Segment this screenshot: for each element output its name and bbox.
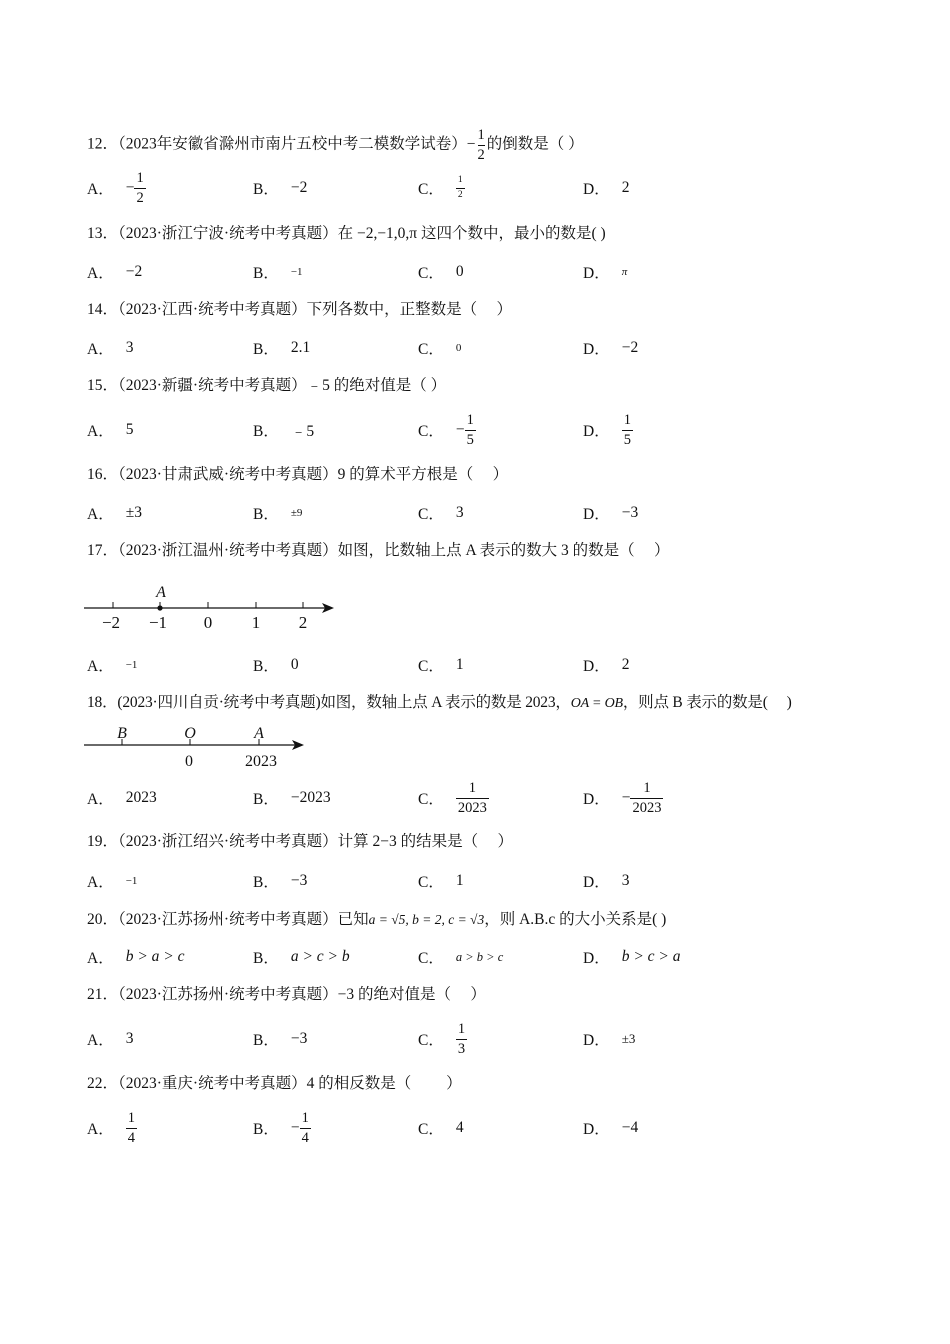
option-b[interactable]: B．±9 bbox=[253, 495, 302, 531]
option-value: −3 bbox=[622, 504, 639, 522]
option-label: B． bbox=[253, 502, 279, 524]
point-o-label: O bbox=[184, 725, 196, 742]
option-label: A． bbox=[87, 502, 114, 524]
option-label: C． bbox=[418, 261, 444, 283]
question-separator: ． bbox=[103, 136, 119, 153]
option-label: C． bbox=[418, 337, 444, 359]
question-19-stem: 19．（2023·浙江绍兴·统考中考真题）计算 2−3 的结果是（ ） bbox=[87, 832, 513, 852]
option-value: a > b > c bbox=[456, 950, 503, 965]
fraction-numerator: 1 bbox=[622, 413, 633, 430]
option-value: 1 bbox=[456, 656, 464, 674]
option-label: A． bbox=[87, 419, 114, 441]
option-value: −1 bbox=[291, 266, 303, 278]
option-label: A． bbox=[87, 1028, 114, 1050]
option-a[interactable]: A．−1 bbox=[87, 863, 137, 899]
option-value: −2023 bbox=[291, 789, 331, 807]
option-value: 0 bbox=[291, 656, 299, 674]
fraction-denominator: 2 bbox=[478, 145, 485, 163]
option-d[interactable]: D．b > c > a bbox=[583, 939, 681, 975]
option-a[interactable]: A．−1 bbox=[87, 647, 137, 683]
tick-label: 2 bbox=[299, 613, 308, 632]
question-18-stem: 18．(2023·四川自贡·统考中考真题)如图，数轴上点 A 表示的数是 202… bbox=[87, 693, 792, 714]
option-a[interactable]: A．±3 bbox=[87, 495, 142, 531]
stem-suffix: 的倒数是（ ） bbox=[487, 136, 584, 153]
option-b[interactable]: B．−3 bbox=[253, 1021, 307, 1057]
question-16-stem: 16．（2023·甘肃武威·统考中考真题）9 的算术平方根是（ ） bbox=[87, 465, 508, 485]
option-c[interactable]: C．3 bbox=[418, 495, 464, 531]
stem-neg: − bbox=[467, 136, 476, 153]
number-line-figure-17: A −2 −1 0 1 2 bbox=[84, 578, 344, 636]
stem-fraction: 12 bbox=[478, 128, 485, 162]
option-c[interactable]: C．0 bbox=[418, 254, 464, 290]
option-a[interactable]: A．14 bbox=[87, 1110, 137, 1146]
option-value: −1 bbox=[126, 659, 138, 671]
option-fraction: 12023 bbox=[630, 781, 663, 815]
question-17-stem: 17．（2023·浙江温州·统考中考真题）如图，比数轴上点 A 表示的数大 3 … bbox=[87, 541, 670, 561]
option-label: C． bbox=[418, 870, 444, 892]
option-value: −3 bbox=[291, 1030, 308, 1048]
tick-label: 1 bbox=[252, 613, 261, 632]
option-label: D． bbox=[583, 502, 610, 524]
option-value: b > a > c bbox=[126, 948, 185, 966]
question-12-stem: 12．（2023年安徽省滁州市南片五校中考二模数学试卷）−12的倒数是（ ） bbox=[87, 128, 584, 162]
option-b[interactable]: B．﹣5 bbox=[253, 412, 314, 448]
option-label: D． bbox=[583, 1117, 610, 1139]
fraction-denominator: 5 bbox=[622, 430, 633, 448]
option-fraction: 15 bbox=[622, 413, 633, 447]
option-d[interactable]: D．3 bbox=[583, 863, 629, 899]
option-label: B． bbox=[253, 419, 279, 441]
fraction-numerator: 1 bbox=[465, 413, 476, 430]
option-a[interactable]: A．2023 bbox=[87, 780, 157, 816]
question-12-options: A．−12 B．−2 C．12 D．2 bbox=[87, 170, 867, 206]
option-neg: − bbox=[622, 789, 631, 807]
question-20-options: A．b > a > c B．a > c > b C．a > b > c D．b … bbox=[87, 939, 867, 975]
question-19-options: A．−1 B．−3 C．1 D．3 bbox=[87, 863, 867, 899]
option-label: D． bbox=[583, 787, 610, 809]
option-a[interactable]: A．3 bbox=[87, 1021, 133, 1057]
option-label: B． bbox=[253, 1117, 279, 1139]
option-c[interactable]: C．4 bbox=[418, 1110, 464, 1146]
option-fraction: 12023 bbox=[456, 781, 489, 815]
option-a[interactable]: A．−12 bbox=[87, 170, 146, 206]
question-number: 12 bbox=[87, 136, 103, 153]
option-label: B． bbox=[253, 870, 279, 892]
option-value: π bbox=[622, 266, 628, 278]
option-label: A． bbox=[87, 870, 114, 892]
option-label: C． bbox=[418, 946, 444, 968]
option-value: −3 bbox=[291, 872, 308, 890]
option-c[interactable]: C．12023 bbox=[418, 780, 489, 816]
option-c[interactable]: C．0 bbox=[418, 330, 461, 366]
option-d[interactable]: D．2 bbox=[583, 170, 629, 206]
question-22-options: A．14 B．−14 C．4 D．−4 bbox=[87, 1110, 867, 1146]
option-d[interactable]: D．π bbox=[583, 254, 627, 290]
option-label: B． bbox=[253, 261, 279, 283]
option-b[interactable]: B．−2 bbox=[253, 170, 307, 206]
option-neg: − bbox=[291, 1119, 300, 1137]
fraction-numerator: 1 bbox=[456, 176, 465, 188]
number-line-figure-18: B O A 0 2023 bbox=[84, 722, 314, 774]
question-13-stem: 13．（2023·浙江宁波·统考中考真题）在 −2,−1,0,π 这四个数中，最… bbox=[87, 224, 606, 244]
option-label: C． bbox=[418, 177, 444, 199]
option-label: C． bbox=[418, 1028, 444, 1050]
option-c[interactable]: C．1 bbox=[418, 863, 464, 899]
question-22-stem: 22．（2023·重庆·统考中考真题）4 的相反数是（ ） bbox=[87, 1074, 462, 1094]
option-b[interactable]: B．2.1 bbox=[253, 330, 310, 366]
option-value: 3 bbox=[622, 872, 630, 890]
question-17-options: A．−1 B．0 C．1 D．2 bbox=[87, 647, 867, 683]
option-label: B． bbox=[253, 654, 279, 676]
fraction-denominator: 2 bbox=[456, 188, 465, 201]
question-20-stem: 20．（2023·江苏扬州·统考中考真题）已知a = √5, b = 2, c … bbox=[87, 910, 666, 930]
option-label: D． bbox=[583, 1028, 610, 1050]
option-value: 3 bbox=[456, 504, 464, 522]
option-label: D． bbox=[583, 261, 610, 283]
fraction-numerator: 1 bbox=[641, 781, 652, 798]
option-c[interactable]: C．13 bbox=[418, 1021, 467, 1057]
option-value: a > c > b bbox=[291, 948, 350, 966]
option-value: 1 bbox=[456, 872, 464, 890]
question-16-options: A．±3 B．±9 C．3 D．−3 bbox=[87, 495, 867, 531]
tick-label: 0 bbox=[204, 613, 213, 632]
option-label: D． bbox=[583, 946, 610, 968]
tick-label: −1 bbox=[149, 613, 167, 632]
fraction-numerator: 1 bbox=[300, 1111, 311, 1128]
option-value: b > c > a bbox=[622, 948, 681, 966]
option-fraction: 13 bbox=[456, 1022, 467, 1056]
option-label: B． bbox=[253, 177, 279, 199]
question-15-options: A．5 B．﹣5 C．−15 D．15 bbox=[87, 412, 867, 448]
option-b[interactable]: B．−1 bbox=[253, 254, 303, 290]
option-d[interactable]: D．2 bbox=[583, 647, 629, 683]
fraction-numerator: 1 bbox=[126, 1111, 137, 1128]
option-label: D． bbox=[583, 177, 610, 199]
option-d[interactable]: D．−2 bbox=[583, 330, 638, 366]
stem-math: OA = OB bbox=[571, 696, 623, 711]
question-14-stem: 14．（2023·江西·统考中考真题）下列各数中，正整数是（ ） bbox=[87, 300, 512, 320]
option-value: 3 bbox=[126, 1030, 134, 1048]
option-fraction: 12 bbox=[456, 176, 465, 200]
fraction-denominator: 4 bbox=[126, 1128, 137, 1146]
option-label: C． bbox=[418, 787, 444, 809]
option-value: 2 bbox=[622, 179, 630, 197]
stem-text: 20．（2023·江苏扬州·统考中考真题）已知 bbox=[87, 911, 369, 928]
option-d[interactable]: D．−4 bbox=[583, 1110, 638, 1146]
option-b[interactable]: B．a > c > b bbox=[253, 939, 350, 975]
option-value: ±3 bbox=[622, 1031, 636, 1047]
option-d[interactable]: D．±3 bbox=[583, 1021, 635, 1057]
option-a[interactable]: A．5 bbox=[87, 412, 133, 448]
option-b[interactable]: B．−3 bbox=[253, 863, 307, 899]
option-value: 5 bbox=[126, 421, 134, 439]
stem-text: ，则 A.B.c 的大小关系是( ) bbox=[484, 911, 666, 928]
option-label: D． bbox=[583, 870, 610, 892]
option-value: −1 bbox=[126, 875, 138, 887]
question-source: （2023年安徽省滁州市南片五校中考二模数学试卷） bbox=[118, 136, 467, 153]
option-label: A． bbox=[87, 261, 114, 283]
fraction-numerator: 1 bbox=[134, 171, 145, 188]
option-label: B． bbox=[253, 337, 279, 359]
fraction-numerator: 1 bbox=[467, 781, 478, 798]
fraction-denominator: 5 bbox=[465, 430, 476, 448]
option-label: C． bbox=[418, 502, 444, 524]
question-13-options: A．−2 B．−1 C．0 D．π bbox=[87, 254, 867, 290]
option-label: D． bbox=[583, 654, 610, 676]
option-value: −2 bbox=[622, 339, 639, 357]
option-fraction: 14 bbox=[126, 1111, 137, 1145]
option-value: 4 bbox=[456, 1119, 464, 1137]
tick-label: 2023 bbox=[245, 753, 277, 770]
tick-label: 0 bbox=[185, 753, 193, 770]
option-label: D． bbox=[583, 337, 610, 359]
question-21-stem: 21．（2023·江苏扬州·统考中考真题）−3 的绝对值是（ ） bbox=[87, 985, 486, 1005]
option-label: B． bbox=[253, 1028, 279, 1050]
option-fraction: 14 bbox=[300, 1111, 311, 1145]
option-value: 3 bbox=[126, 339, 134, 357]
fraction-denominator: 2023 bbox=[630, 798, 663, 816]
option-c[interactable]: C．−15 bbox=[418, 412, 476, 448]
fraction-denominator: 4 bbox=[300, 1128, 311, 1146]
option-label: A． bbox=[87, 787, 114, 809]
option-a[interactable]: A．3 bbox=[87, 330, 133, 366]
option-value: −2 bbox=[126, 263, 143, 281]
option-value: 2 bbox=[622, 656, 630, 674]
question-21-options: A．3 B．−3 C．13 D．±3 bbox=[87, 1021, 867, 1057]
tick-label: −2 bbox=[102, 613, 120, 632]
option-value: 0 bbox=[456, 263, 464, 281]
option-b[interactable]: B．−14 bbox=[253, 1110, 311, 1146]
point-a-label: A bbox=[253, 725, 264, 742]
question-14-options: A．3 B．2.1 C．0 D．−2 bbox=[87, 330, 867, 366]
option-b[interactable]: B．0 bbox=[253, 647, 299, 683]
option-value: ﹣5 bbox=[291, 419, 314, 441]
option-a[interactable]: A．b > a > c bbox=[87, 939, 185, 975]
option-label: A． bbox=[87, 946, 114, 968]
stem-text: ，则点 B 表示的数是( ) bbox=[623, 694, 792, 711]
option-value: 2023 bbox=[126, 789, 157, 807]
point-b-label: B bbox=[117, 725, 127, 742]
option-a[interactable]: A．−2 bbox=[87, 254, 142, 290]
option-neg: − bbox=[456, 421, 465, 439]
stem-math: a = √5, b = 2, c = √3 bbox=[369, 912, 485, 927]
option-label: C． bbox=[418, 654, 444, 676]
option-d[interactable]: D．−3 bbox=[583, 495, 638, 531]
fraction-numerator: 1 bbox=[456, 1022, 467, 1039]
option-value: −2 bbox=[291, 179, 308, 197]
option-label: D． bbox=[583, 419, 610, 441]
option-label: C． bbox=[418, 1117, 444, 1139]
option-label: A． bbox=[87, 654, 114, 676]
option-b[interactable]: B．−2023 bbox=[253, 780, 331, 816]
question-18-options: A．2023 B．−2023 C．12023 D．−12023 bbox=[87, 780, 867, 816]
option-label: B． bbox=[253, 946, 279, 968]
option-label: B． bbox=[253, 787, 279, 809]
option-c[interactable]: C．1 bbox=[418, 647, 464, 683]
option-value: ±9 bbox=[291, 507, 303, 519]
option-fraction: 15 bbox=[465, 413, 476, 447]
option-neg: − bbox=[126, 179, 135, 197]
question-15-stem: 15．（2023·新疆·统考中考真题）﹣5 的绝对值是（ ） bbox=[87, 376, 446, 396]
fraction-denominator: 2 bbox=[134, 188, 145, 206]
option-label: C． bbox=[418, 419, 444, 441]
fraction-denominator: 2023 bbox=[456, 798, 489, 816]
fraction-denominator: 3 bbox=[456, 1039, 467, 1057]
option-label: A． bbox=[87, 1117, 114, 1139]
fraction-numerator: 1 bbox=[478, 128, 485, 145]
option-value: −4 bbox=[622, 1119, 639, 1137]
option-value: 2.1 bbox=[291, 339, 310, 357]
option-c[interactable]: C．12 bbox=[418, 170, 465, 206]
option-d[interactable]: D．15 bbox=[583, 412, 633, 448]
option-label: A． bbox=[87, 337, 114, 359]
option-value: 0 bbox=[456, 342, 462, 354]
option-label: A． bbox=[87, 177, 114, 199]
option-c[interactable]: C．a > b > c bbox=[418, 939, 503, 975]
point-a-label: A bbox=[155, 584, 166, 601]
option-value: ±3 bbox=[126, 504, 142, 522]
option-fraction: 12 bbox=[134, 171, 145, 205]
stem-text: 18．(2023·四川自贡·统考中考真题)如图，数轴上点 A 表示的数是 202… bbox=[87, 694, 571, 711]
option-d[interactable]: D．−12023 bbox=[583, 780, 663, 816]
